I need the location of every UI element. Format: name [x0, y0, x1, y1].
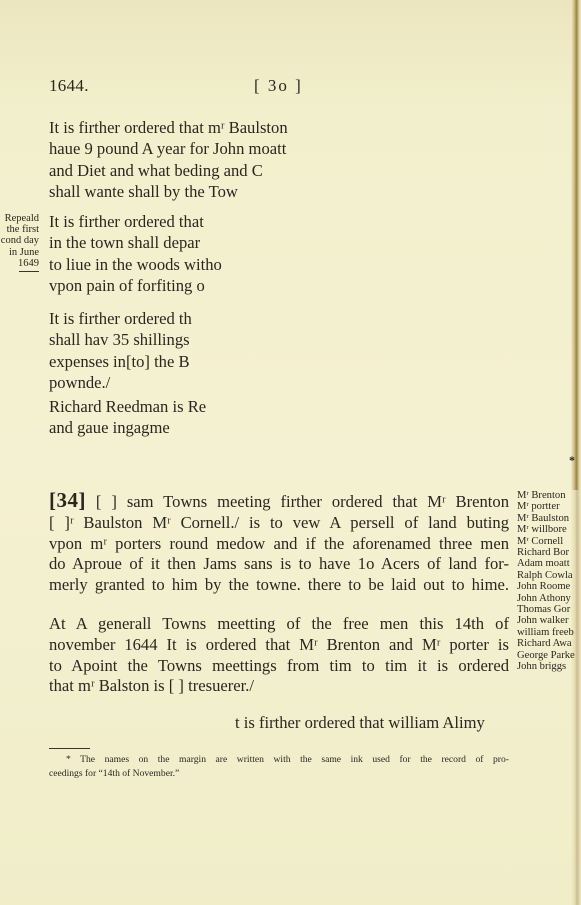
running-head-page-number: [ 3o ]: [254, 76, 303, 96]
entry-number: [34]: [49, 488, 86, 512]
margin-name: Thomas Gor: [517, 604, 581, 615]
margin-name: Mʳ willbore: [517, 524, 581, 535]
margin-name: Mʳ Brenton: [517, 490, 581, 501]
text-line: to liue in the woods witho: [49, 254, 222, 275]
margin-name: John Athony: [517, 593, 581, 604]
margin-name: Mʳ Baulston: [517, 513, 581, 524]
paragraph-reedman: Richard Reedman is Re and gaue ingagme: [49, 396, 206, 439]
text-line: shall hav 35 shillings: [49, 329, 192, 350]
text-line: and gaue ingagme: [49, 417, 206, 438]
margin-name: John briggs: [517, 661, 581, 672]
footnote-reference-mark: *: [569, 453, 575, 468]
margin-note-line: in June: [0, 247, 39, 258]
paragraph-shillings-order: It is firther ordered th shall hav 35 sh…: [49, 308, 192, 393]
text-line: It is firther ordered th: [49, 308, 192, 329]
text-line: shall wante shall by the Tow: [49, 181, 288, 202]
entry-34: [34] [ ] sam Towns meeting firther order…: [49, 490, 509, 596]
entry-general-meeting: At A generall Towns meetting of the free…: [49, 614, 509, 697]
margin-name: Richard Awa: [517, 638, 581, 649]
margin-note-line: 1649: [0, 258, 39, 269]
text-line: expenses in[to] the B: [49, 351, 192, 372]
text-line: pownde./: [49, 372, 192, 393]
margin-note-line: the first: [0, 224, 39, 235]
margin-names-list: Mʳ Brenton Mʳ portter Mʳ Baulston Mʳ wil…: [517, 490, 581, 673]
margin-name: John Roome: [517, 581, 581, 592]
margin-name: Mʳ portter: [517, 501, 581, 512]
margin-name: Richard Bor: [517, 547, 581, 558]
margin-note-line: cond day: [0, 235, 39, 246]
text-line: and Diet and what beding and C: [49, 160, 288, 181]
text-line: Richard Reedman is Re: [49, 396, 206, 417]
text-line: to Apoint the Towns meettings from tim t…: [49, 656, 509, 677]
footnote-line: ceedings for “14th of November.”: [49, 767, 509, 781]
margin-name: John walker: [517, 615, 581, 626]
trailing-text-line: t is firther ordered that william Alimy: [235, 713, 485, 733]
margin-name: Ralph Cowla: [517, 570, 581, 581]
paragraph-baulston-pay: It is firther ordered that mʳ Baulston h…: [49, 117, 288, 202]
footnote-divider: [49, 748, 90, 749]
footnote: * The names on the margin are written wi…: [49, 753, 509, 780]
margin-name: Mʳ Cornell: [517, 536, 581, 547]
text-line: vpon pain of forfiting o: [49, 275, 222, 296]
text-line: november 1644 It is ordered that Mʳ Bren…: [49, 635, 509, 656]
margin-note-underline: [19, 271, 39, 272]
margin-note-line: Repeald: [0, 213, 39, 224]
running-head-year: 1644.: [49, 76, 89, 96]
text-line: [34] [ ] sam Towns meeting firther order…: [49, 490, 509, 513]
text-line: It is firther ordered that mʳ Baulston: [49, 117, 288, 138]
text-line: At A generall Towns meetting of the free…: [49, 614, 509, 635]
margin-name: Adam moatt: [517, 558, 581, 569]
text-line: that mʳ Balston is [ ] tresuerer./: [49, 676, 509, 697]
footnote-line: * The names on the margin are written wi…: [49, 753, 509, 767]
text-line: do Aproue of it then Jams sans is to hav…: [49, 554, 509, 575]
paragraph-woods-order: It is firther ordered that in the town s…: [49, 211, 222, 296]
text-line: It is firther ordered that: [49, 211, 222, 232]
margin-name: william freeb: [517, 627, 581, 638]
margin-name: George Parke: [517, 650, 581, 661]
text-line: [ ]ʳ Baulston Mʳ Cornell./ is to vew A p…: [49, 513, 509, 534]
text-line: merly granted to him by the towne. there…: [49, 575, 509, 596]
text-line: vpon mʳ porters round medow and if the a…: [49, 534, 509, 555]
text-line: in the town shall depar: [49, 232, 222, 253]
text-line: haue 9 pound A year for John moatt: [49, 138, 288, 159]
margin-note-repeald: Repeald the first cond day in June 1649: [0, 213, 39, 272]
